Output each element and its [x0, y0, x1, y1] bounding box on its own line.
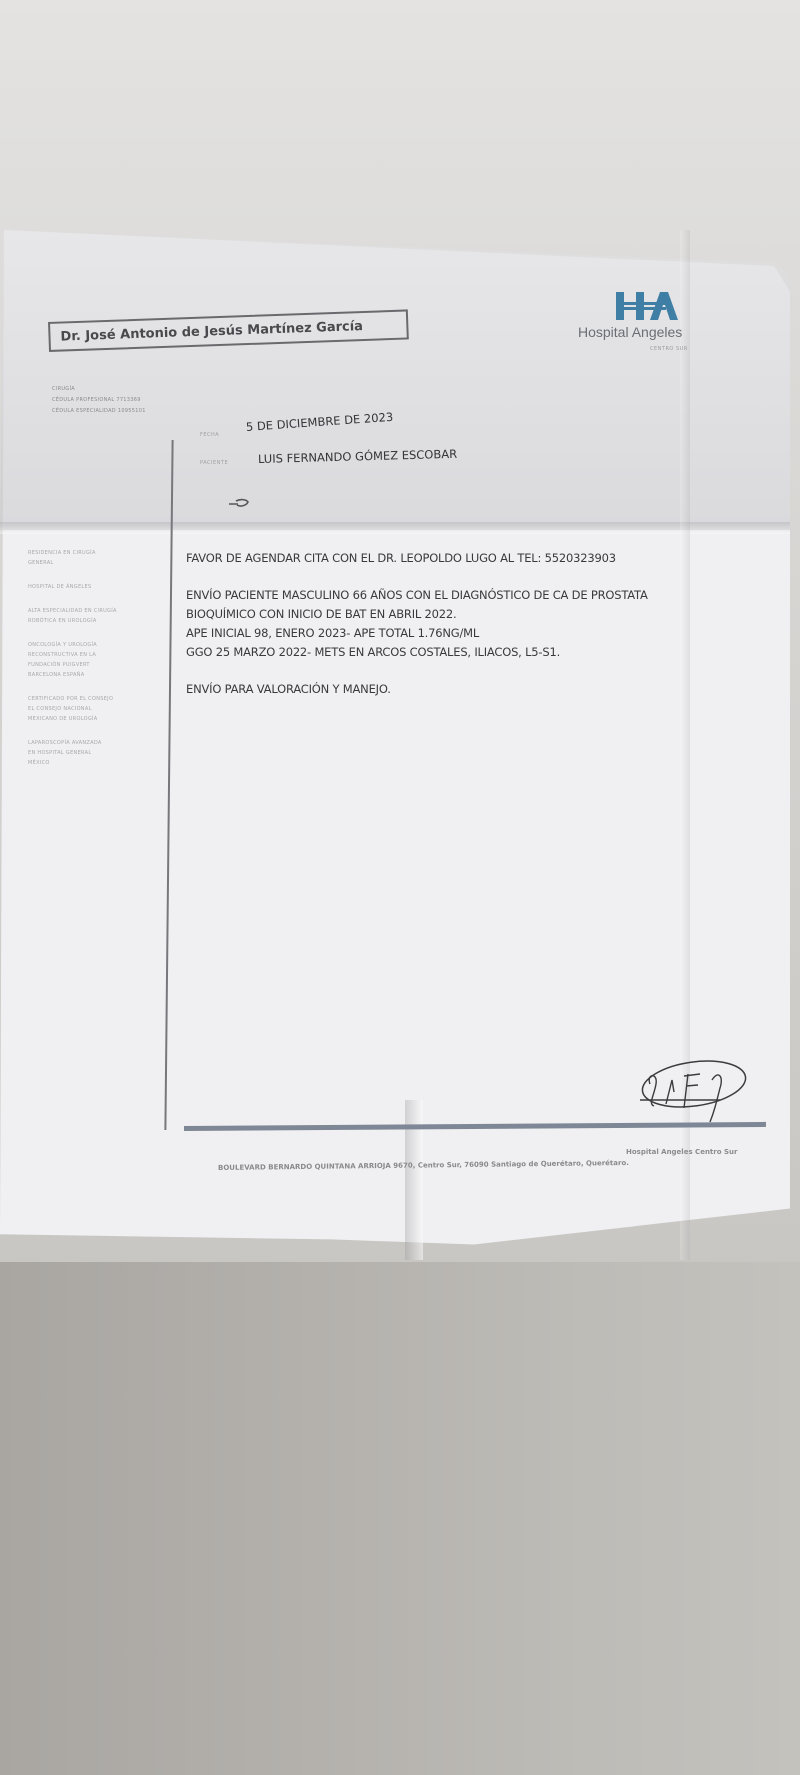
specialty-line: BARCELONA ESPAÑA: [28, 670, 117, 680]
specialty-line: MÉXICO: [28, 758, 117, 768]
specialty-group: ONCOLOGÍA Y UROLOGÍA RECONSTRUCTIVA EN L…: [28, 640, 117, 680]
date-label: FECHA: [200, 432, 219, 438]
specialty-line: MEXICANO DE UROLOGÍA: [28, 714, 117, 724]
table-surface: [0, 1262, 800, 1775]
specialty-line: EL CONSEJO NACIONAL: [28, 704, 117, 714]
specialty-group: CERTIFICADO POR EL CONSEJO EL CONSEJO NA…: [28, 694, 117, 724]
diagnosis-line: GGO 25 MARZO 2022- METS EN ARCOS COSTALE…: [186, 643, 648, 662]
doctor-name: Dr. José Antonio de Jesús Martínez Garcí…: [60, 319, 363, 345]
paper-shadow: [0, 230, 790, 530]
hospital-name: Hospital Angeles: [578, 324, 682, 340]
specialty-group: LAPAROSCOPÍA AVANZADA EN HOSPITAL GENERA…: [28, 738, 117, 768]
specialty-line: RESIDENCIA EN CIRUGÍA: [28, 548, 117, 558]
diagnosis-line: ENVÍO PACIENTE MASCULINO 66 AÑOS CON EL …: [186, 586, 648, 605]
doctor-specialties-sidebar: RESIDENCIA EN CIRUGÍA GENERAL HOSPITAL D…: [28, 548, 117, 782]
hospital-branch: CENTRO SUR: [650, 346, 688, 352]
specialty-line: FUNDACIÓN PUIGVERT: [28, 660, 117, 670]
doctor-credentials: CIRUGÍA CÉDULA PROFESIONAL 7713369 CÉDUL…: [52, 384, 146, 417]
footer-hospital-name: Hospital Angeles Centro Sur: [626, 1148, 737, 1156]
referral-purpose: ENVÍO PARA VALORACIÓN Y MANEJO.: [186, 680, 648, 699]
credential-line: CIRUGÍA: [52, 384, 146, 395]
referral-body: FAVOR DE AGENDAR CITA CON EL DR. LEOPOLD…: [186, 549, 648, 699]
credential-line: CÉDULA ESPECIALIDAD 10955101: [52, 406, 146, 417]
specialty-line: EN HOSPITAL GENERAL: [28, 748, 117, 758]
specialty-line: ROBÓTICA EN UROLOGÍA: [28, 616, 117, 626]
patient-label: PACIENTE: [200, 460, 228, 466]
specialty-line: ONCOLOGÍA Y UROLOGÍA: [28, 640, 117, 650]
specialty-line: GENERAL: [28, 558, 117, 568]
specialty-group: RESIDENCIA EN CIRUGÍA GENERAL: [28, 548, 117, 568]
paper-fold-horizontal: [0, 522, 790, 534]
specialty-line: RECONSTRUCTIVA EN LA: [28, 650, 117, 660]
specialty-group: HOSPITAL DE ÁNGELES: [28, 582, 117, 592]
credential-line: CÉDULA PROFESIONAL 7713369: [52, 395, 146, 406]
hospital-angeles-logo-icon: [614, 290, 678, 322]
specialty-line: ALTA ESPECIALIDAD EN CIRUGÍA: [28, 606, 117, 616]
specialty-group: ALTA ESPECIALIDAD EN CIRUGÍA ROBÓTICA EN…: [28, 606, 117, 626]
handwritten-signature-icon: [628, 1052, 748, 1130]
specialty-line: LAPAROSCOPÍA AVANZADA: [28, 738, 117, 748]
diagnosis-line: APE INICIAL 98, ENERO 2023- APE TOTAL 1.…: [186, 624, 648, 643]
appointment-request: FAVOR DE AGENDAR CITA CON EL DR. LEOPOLD…: [186, 549, 648, 568]
specialty-line: CERTIFICADO POR EL CONSEJO: [28, 694, 117, 704]
pen-mark-icon: [228, 497, 254, 509]
diagnosis-line: BIOQUÍMICO CON INICIO DE BAT EN ABRIL 20…: [186, 605, 648, 624]
specialty-line: HOSPITAL DE ÁNGELES: [28, 582, 117, 592]
